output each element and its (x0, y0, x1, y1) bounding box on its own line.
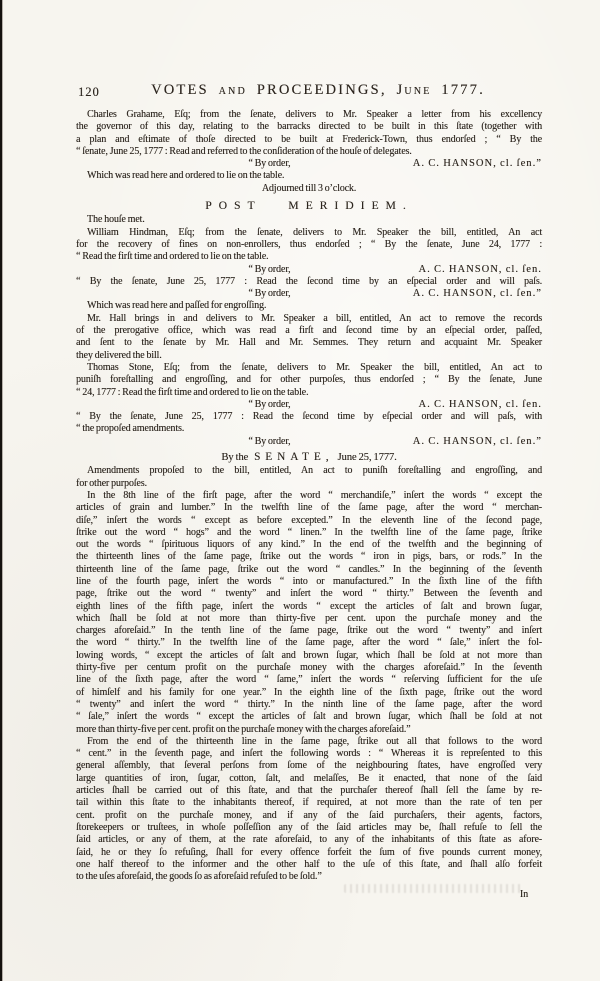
text-line: thirty-five per centum profit on the pur… (76, 662, 542, 674)
page-title: VOTES and PROCEEDINGS, June 1777. (76, 84, 542, 96)
text-line: to the uſes aforeſaid, the goods ſo as a… (76, 871, 542, 883)
text-line: thirteenth line of the ſame page, ſtrike… (76, 564, 542, 576)
text-line: the governor of this day, relating to th… (76, 121, 542, 133)
ink-bleedthrough-smudge (344, 884, 522, 893)
clerk-signature: A. C. HANSON, cl. ſen.” (413, 288, 542, 300)
text-line: eighth lines of the fifth page, inſert t… (76, 601, 542, 613)
text-line: lowing words, “ except the articles of ſ… (76, 650, 542, 662)
senate-heading: By theSENATE,June 25, 1777. (76, 451, 542, 464)
by-order-label: “ By order, (248, 288, 290, 300)
text-line: for other purpoſes. (76, 478, 542, 490)
text-line: one half thereof to the informer and the… (76, 859, 542, 871)
text-line: line of the fourth page, inſert the word… (76, 576, 542, 588)
content-area: Charles Grahame, Eſq; from the ſenate, d… (76, 109, 542, 883)
paragraph: William Hindman, Eſq; from the ſenate, d… (76, 227, 542, 264)
senate-heading-post: June 25, 1777. (338, 452, 397, 463)
text-line: ſaid, he or they ſo refuſing, ſhall for … (76, 847, 542, 859)
text-line: which ſhall be ſold at not more than thi… (76, 613, 542, 625)
endorsement-line: “ By the ſenate, June 25, 1777 : Read th… (76, 411, 542, 423)
attestation-line: “ By order,A. C. HANSON, cl. ſen.” (76, 158, 542, 170)
text-line: Amendments propoſed to the bill, entitle… (76, 465, 542, 477)
text-line: ſaid articles, or any of them, at the ra… (76, 834, 542, 846)
by-order-label: “ By order, (248, 399, 290, 411)
clerk-signature: A. C. HANSON, cl. ſen.” (413, 158, 542, 170)
text-line: articles ſhall be carried out of this ſt… (76, 785, 542, 797)
text-line: “ 24, 1777 : Read the firſt time and ord… (76, 387, 542, 399)
paragraph: From the end of the thirteenth line in t… (76, 736, 542, 884)
text-line: page, ſtrike out the word “ twenty” and … (76, 588, 542, 600)
text-line: cent. profit on the purchaſe money, and … (76, 810, 542, 822)
paragraph: Amendments propoſed to the bill, entitle… (76, 465, 542, 490)
paragraph: Mr. Hall brings in and delivers to Mr. S… (76, 313, 542, 362)
text-line: The houſe met. (76, 214, 542, 226)
senate-heading-word: SENATE, (254, 451, 333, 463)
text-line: From the end of the thirteenth line in t… (76, 736, 542, 748)
attestation-line: “ By order,A. C. HANSON, cl. ſen. (76, 399, 542, 411)
endorsement-line: “ By the ſenate, June 25, 1777 : Read th… (76, 276, 542, 288)
text-line: Mr. Hall brings in and delivers to Mr. S… (76, 313, 542, 325)
text-line: more than thirty-five per cent. profit o… (76, 724, 542, 736)
by-order-label: “ By order, (248, 158, 290, 170)
text-line: out the words “ ſpirituous liquors of an… (76, 539, 542, 551)
text-line: William Hindman, Eſq; from the ſenate, d… (76, 227, 542, 239)
paragraph: In the 8th line of the firſt page, after… (76, 490, 542, 736)
paragraph: Thomas Stone, Eſq; from the ſenate, deli… (76, 362, 542, 399)
text-line: Charles Grahame, Eſq; from the ſenate, d… (76, 109, 542, 121)
text-line: they delivered the bill. (76, 350, 542, 362)
text-line: the thirteenth lines of the ſame page, ſ… (76, 551, 542, 563)
text-line: line of the ſixth page, after the word “… (76, 674, 542, 686)
text-line: charges aforeſaid.” In the tenth line of… (76, 625, 542, 637)
text-line: of the prerogative office, which was rea… (76, 325, 542, 337)
text-line: of himſelf and his family for one year.”… (76, 687, 542, 699)
clerk-signature: A. C. HANSON, cl. ſen.” (413, 436, 542, 448)
paragraph: Charles Grahame, Eſq; from the ſenate, d… (76, 109, 542, 158)
text-line: “ ſale,” inſert the words “ except the a… (76, 711, 542, 723)
text-line: In the 8th line of the firſt page, after… (76, 490, 542, 502)
text-line: large quantities of iron, ſugar, cotton,… (76, 773, 542, 785)
text-line: Which was read here and ordered to lie o… (76, 170, 542, 182)
running-header: 120 VOTES and PROCEEDINGS, June 1777. (76, 84, 542, 102)
text-line: “ ſenate, June 25, 1777 : Read and refer… (76, 146, 542, 158)
text-line: for the recovery of fines on non-enrolle… (76, 239, 542, 251)
clerk-signature: A. C. HANSON, cl. ſen. (418, 399, 542, 411)
text-line: tail within this ſtate to the inhabitant… (76, 797, 542, 809)
attestation-line: “ By order,A. C. HANSON, cl. ſen.” (76, 436, 542, 448)
text-line: and ſent to the ſenate by Mr. Hall and M… (76, 337, 542, 349)
page-edge-shadow-soft (2, 0, 3, 981)
text-line: “ Read the firſt time and ordered to lie… (76, 251, 542, 263)
text-line: ſtrike out the word “ hogs” and the word… (76, 527, 542, 539)
text-line: Thomas Stone, Eſq; from the ſenate, deli… (76, 362, 542, 374)
attestation-line: “ By order,A. C. HANSON, cl. ſen.” (76, 288, 542, 300)
text-line: articles of grain and lumber.” In the tw… (76, 502, 542, 514)
centered-line: Adjourned till 3 o’clock. (76, 183, 542, 195)
text-line: general aſſembly, that ſeveral perſons f… (76, 760, 542, 772)
text-line: puniſh foreſtalling and engroſſing, and … (76, 374, 542, 386)
text-column: 120 VOTES and PROCEEDINGS, June 1777. Ch… (76, 84, 542, 902)
document-page: 120 VOTES and PROCEEDINGS, June 1777. Ch… (0, 0, 600, 981)
senate-heading-pre: By the (221, 452, 248, 463)
text-line: the word “ thirty.” In the twelfth line … (76, 637, 542, 649)
by-order-label: “ By order, (248, 436, 290, 448)
section-heading: POST MERIDIEM. (76, 200, 542, 212)
text-line: diſe,” inſert the words “ except as befo… (76, 515, 542, 527)
attestation-line: “ By order,A. C. HANSON, cl. ſen. (76, 264, 542, 276)
text-line: “ cent.” in the ſeventh page, and inſert… (76, 748, 542, 760)
endorsement-line: “ the propoſed amendments. (76, 423, 542, 435)
text-line: a plan and eſtimate of thoſe directed to… (76, 134, 542, 146)
clerk-signature: A. C. HANSON, cl. ſen. (418, 264, 542, 276)
by-order-label: “ By order, (248, 264, 290, 276)
page-number: 120 (78, 86, 100, 98)
text-line: Which was read here and paſſed for engro… (76, 300, 542, 312)
text-line: ſtorekeepers or truſtees, in whoſe poſſe… (76, 822, 542, 834)
text-line: “ twenty” and inſert the word “ thirty.”… (76, 699, 542, 711)
